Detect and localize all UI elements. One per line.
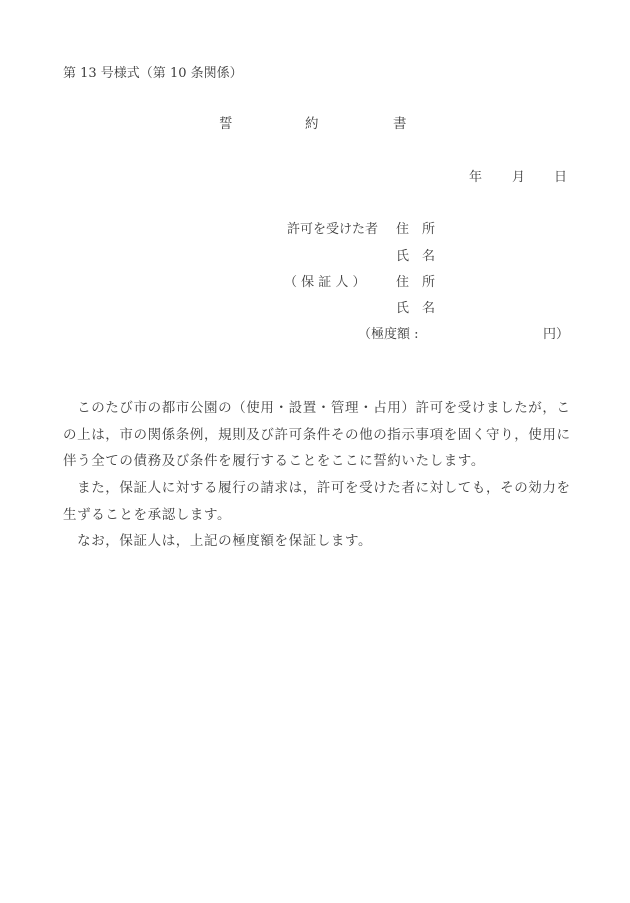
permittee-address-label: 住 所 (396, 222, 435, 237)
title-char-1: 誓 (219, 117, 233, 132)
body-line: 伴う全ての債務及び条件を履行することをここに誓約いたします。 (63, 448, 583, 475)
body-line: 生ずることを承認します。 (63, 502, 583, 529)
body-line: また，保証人に対する履行の請求は，許可を受けた者に対しても，その効力を (63, 475, 583, 502)
date-month-label: 月 (512, 170, 525, 185)
guarantor-name-label: 氏 名 (396, 301, 435, 316)
title-char-3: 書 (393, 117, 407, 132)
pledge-document-page: 第 13 号様式（第 10 条関係） 誓 約 書 年 月 日 許可を受けた者 住… (0, 0, 630, 903)
guarantor-address-label: 住 所 (396, 275, 435, 290)
pledge-body-text: このたび市の都市公園の（使用・設置・管理・占用）許可を受けましたが，こ の上は，… (63, 395, 583, 555)
date-year-label: 年 (469, 170, 482, 185)
permittee-label: 許可を受けた者 (287, 222, 378, 237)
guarantor-label: （ 保 証 人 ） (284, 275, 366, 290)
body-line: なお，保証人は，上記の極度額を保証します。 (63, 528, 583, 555)
body-line: このたび市の都市公園の（使用・設置・管理・占用）許可を受けましたが，こ (63, 395, 583, 422)
max-guarantee-amount-unit: 円） (543, 327, 569, 342)
form-number: 第 13 号様式（第 10 条関係） (63, 66, 243, 81)
permittee-name-label: 氏 名 (396, 249, 435, 264)
date-day-label: 日 (554, 170, 567, 185)
max-guarantee-amount-label: （極度額 : (358, 327, 419, 342)
body-line: の上は，市の関係条例，規則及び許可条件その他の指示事項を固く守り，使用に (63, 422, 583, 449)
title-char-2: 約 (305, 117, 319, 132)
